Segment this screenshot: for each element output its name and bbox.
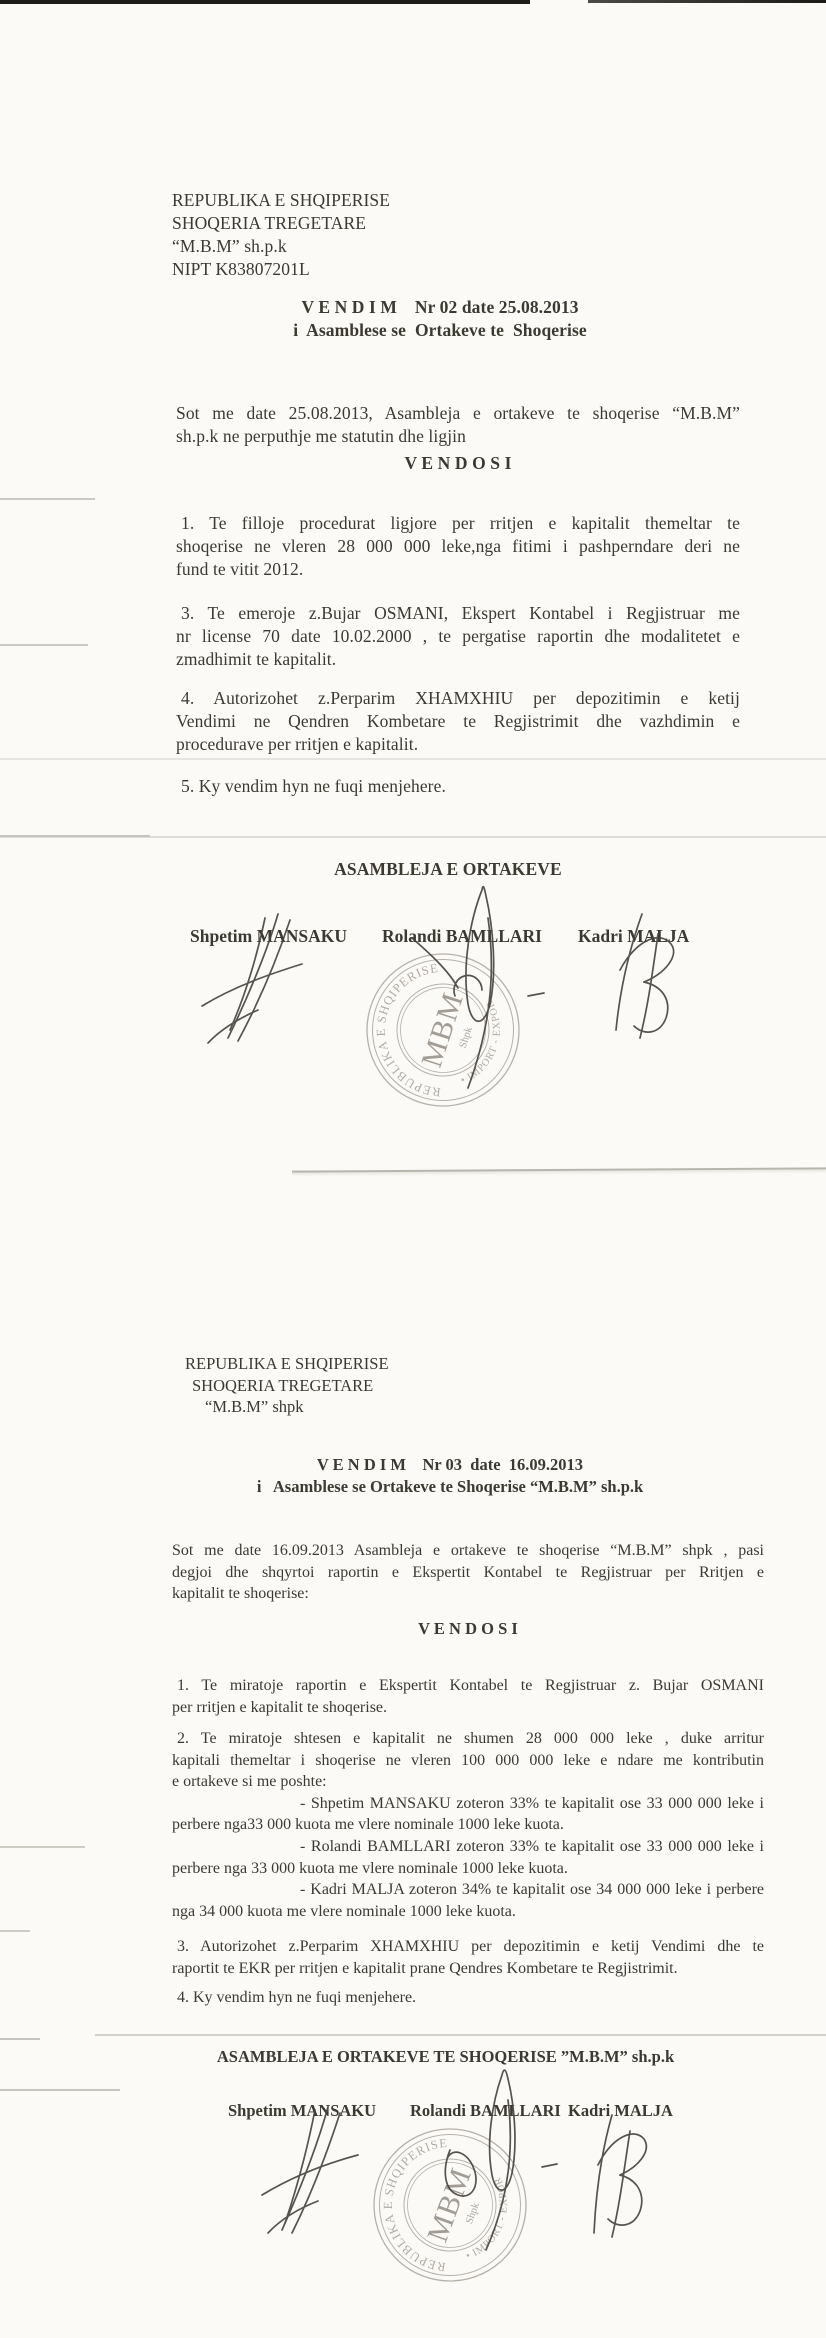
item-line: raportit te EKR per rritjen e kapitalit …: [172, 1958, 764, 1980]
letterhead-line: REPUBLIKA E SHQIPERISE: [185, 1353, 605, 1375]
intro-paragraph: Sot me date 25.08.2013, Asambleja e orta…: [176, 402, 740, 448]
company-letterhead: REPUBLIKA E SHQIPERISE SHOQERIA TREGETAR…: [185, 1353, 605, 1418]
item-line: 3. Te emeroje z.Bujar OSMANI, Ekspert Ko…: [176, 602, 740, 625]
item-line: per rritjen e kapitalit te shoqerise.: [172, 1697, 764, 1719]
letterhead-line: SHOQERIA TREGETARE: [192, 1375, 605, 1397]
shareholder-line: perbere nga33 000 kuota me vlere nominal…: [172, 1814, 764, 1836]
item-line: Vendimi ne Qendren Kombetare te Regjistr…: [176, 710, 740, 733]
signer-name-rolandi-bamllari: Rolandi BAMLLARI: [382, 926, 542, 947]
page-1-scan: REPUBLIKA E SHQIPERISE SHOQERIA TREGETAR…: [0, 0, 826, 1172]
letterhead-line: SHOQERIA TREGETARE: [172, 212, 592, 235]
item-line: fund te vitit 2012.: [176, 558, 740, 581]
decision-title-line1: V E N D I M Nr 02 date 25.08.2013: [140, 296, 740, 319]
signer-name-kadri-malja: Kadri MALJA: [578, 926, 689, 947]
item-line: 4. Autorizohet z.Perparim XHAMXHIU per d…: [176, 687, 740, 710]
item-line: procedurave per rritjen e kapitalit.: [176, 733, 740, 756]
shareholder-line: - Kadri MALJA zoteron 34% te kapitalit o…: [172, 1879, 764, 1901]
decision-title-line2: i Asamblese se Ortakeve te Shoqerise “M.…: [150, 1476, 750, 1498]
company-seal: REPUBLIKA E SHQIPERISE • IMPORT - EXPORT…: [358, 945, 528, 1115]
signer-name-shpetim-mansaku: Shpetim MANSAKU: [190, 926, 347, 947]
decision-item-4: 4. Autorizohet z.Perparim XHAMXHIU per d…: [176, 687, 740, 756]
decision-item-3: 3. Te emeroje z.Bujar OSMANI, Ekspert Ko…: [176, 602, 740, 671]
item-line: zmadhimit te kapitalit.: [176, 648, 740, 671]
scan-artifact-line: [0, 2089, 120, 2091]
item-line: 1. Te filloje procedurat ligjore per rri…: [176, 512, 740, 535]
intro-line: degjoi dhe shqyrtoi raportin e Ekspertit…: [172, 1562, 764, 1584]
scan-artifact-line: [95, 2034, 826, 2036]
signature-shpetim-mansaku: [262, 2107, 358, 2233]
item-line: 2. Te miratoje shtesen e kapitalit ne sh…: [172, 1728, 764, 1750]
letterhead-line: NIPT K83807201L: [172, 258, 592, 281]
shareholder-line: nga 34 000 kuota me vlere nominale 1000 …: [172, 1901, 764, 1923]
scan-artifact-line: [0, 758, 826, 760]
item-line: nr license 70 date 10.02.2000 , te perga…: [176, 625, 740, 648]
decision-title: V E N D I M Nr 03 date 16.09.2013 i Asam…: [150, 1454, 750, 1498]
decision-title-line1: V E N D I M Nr 03 date 16.09.2013: [150, 1454, 750, 1476]
scan-artifact-line: [0, 1846, 85, 1848]
item-line: 1. Te miratoje raportin e Ekspertit Kont…: [172, 1675, 764, 1697]
shareholder-line: perbere nga 33 000 kuota me vlere nomina…: [172, 1858, 764, 1880]
decision-title-line2: i Asamblese se Ortakeve te Shoqerise: [140, 319, 740, 342]
signer-name-shpetim-mansaku: Shpetim MANSAKU: [228, 2101, 376, 2121]
decision-item-1: 1. Te filloje procedurat ligjore per rri…: [176, 512, 740, 581]
letterhead-line: “M.B.M” sh.p.k: [172, 235, 592, 258]
company-letterhead: REPUBLIKA E SHQIPERISE SHOQERIA TREGETAR…: [172, 189, 592, 281]
signer-name-rolandi-bamllari: Rolandi BAMLLARI: [410, 2101, 561, 2121]
assembly-heading: ASAMBLEJA E ORTAKEVE TE SHOQERISE ”M.B.M…: [178, 2046, 713, 2068]
letterhead-line: “M.B.M” shpk: [205, 1396, 605, 1418]
assembly-heading: ASAMBLEJA E ORTAKEVE: [178, 858, 718, 881]
intro-paragraph: Sot me date 16.09.2013 Asambleja e ortak…: [172, 1540, 764, 1605]
item-line: e ortakeve si me poshte:: [172, 1771, 764, 1793]
decision-item-1: 1. Te miratoje raportin e Ekspertit Kont…: [172, 1675, 764, 1718]
decision-item-2: 2. Te miratoje shtesen e kapitalit ne sh…: [172, 1728, 764, 1922]
vendosi-heading: V E N D O S I: [176, 452, 740, 475]
scan-artifact-line: [0, 498, 95, 500]
seal-center-subtext: Shpk: [458, 1025, 475, 1050]
decision-item-3: 3. Autorizohet z.Perparim XHAMXHIU per d…: [172, 1936, 764, 1979]
scan-artifact-line: [0, 2038, 40, 2040]
letterhead-line: REPUBLIKA E SHQIPERISE: [172, 189, 592, 212]
scan-artifact-line: [0, 644, 88, 646]
vendosi-heading: V E N D O S I: [172, 1618, 764, 1640]
shareholder-line: - Rolandi BAMLLARI zoteron 33% te kapita…: [172, 1836, 764, 1858]
seal-center-text: MBM: [415, 988, 470, 1071]
item-line: kapitali themeltar i shoqerise ne vleren…: [172, 1750, 764, 1772]
intro-line: sh.p.k ne perputhje me statutin dhe ligj…: [176, 425, 740, 448]
intro-line: Sot me date 16.09.2013 Asambleja e ortak…: [172, 1540, 764, 1562]
signer-name-kadri-malja: Kadri MALJA: [568, 2101, 673, 2121]
item-line: shoqerise ne vleren 28 000 000 leke,nga …: [176, 535, 740, 558]
shareholder-line: - Shpetim MANSAKU zoteron 33% te kapital…: [172, 1793, 764, 1815]
decision-title: V E N D I M Nr 02 date 25.08.2013 i Asam…: [140, 296, 740, 342]
company-seal: REPUBLIKA E SHQIPERISE • IMPORT - EXPORT…: [365, 2120, 535, 2290]
signature-kadri-malja: [594, 2115, 646, 2237]
page-2-scan: REPUBLIKA E SHQIPERISE SHOQERIA TREGETAR…: [0, 1172, 826, 2338]
decision-item-4: 4. Ky vendim hyn ne fuqi menjehere.: [172, 1987, 764, 2009]
intro-line: Sot me date 25.08.2013, Asambleja e orta…: [176, 402, 740, 425]
intro-line: kapitalit te shoqerise:: [172, 1583, 764, 1605]
scanned-document: { "page1": { "header": ["REPUBLIKA E SHQ…: [0, 0, 826, 2338]
scan-artifact-line: [0, 835, 150, 837]
scan-artifact-line: [0, 1930, 30, 1932]
decision-item-5: 5. Ky vendim hyn ne fuqi menjehere.: [176, 775, 740, 798]
item-line: 3. Autorizohet z.Perparim XHAMXHIU per d…: [172, 1936, 764, 1958]
